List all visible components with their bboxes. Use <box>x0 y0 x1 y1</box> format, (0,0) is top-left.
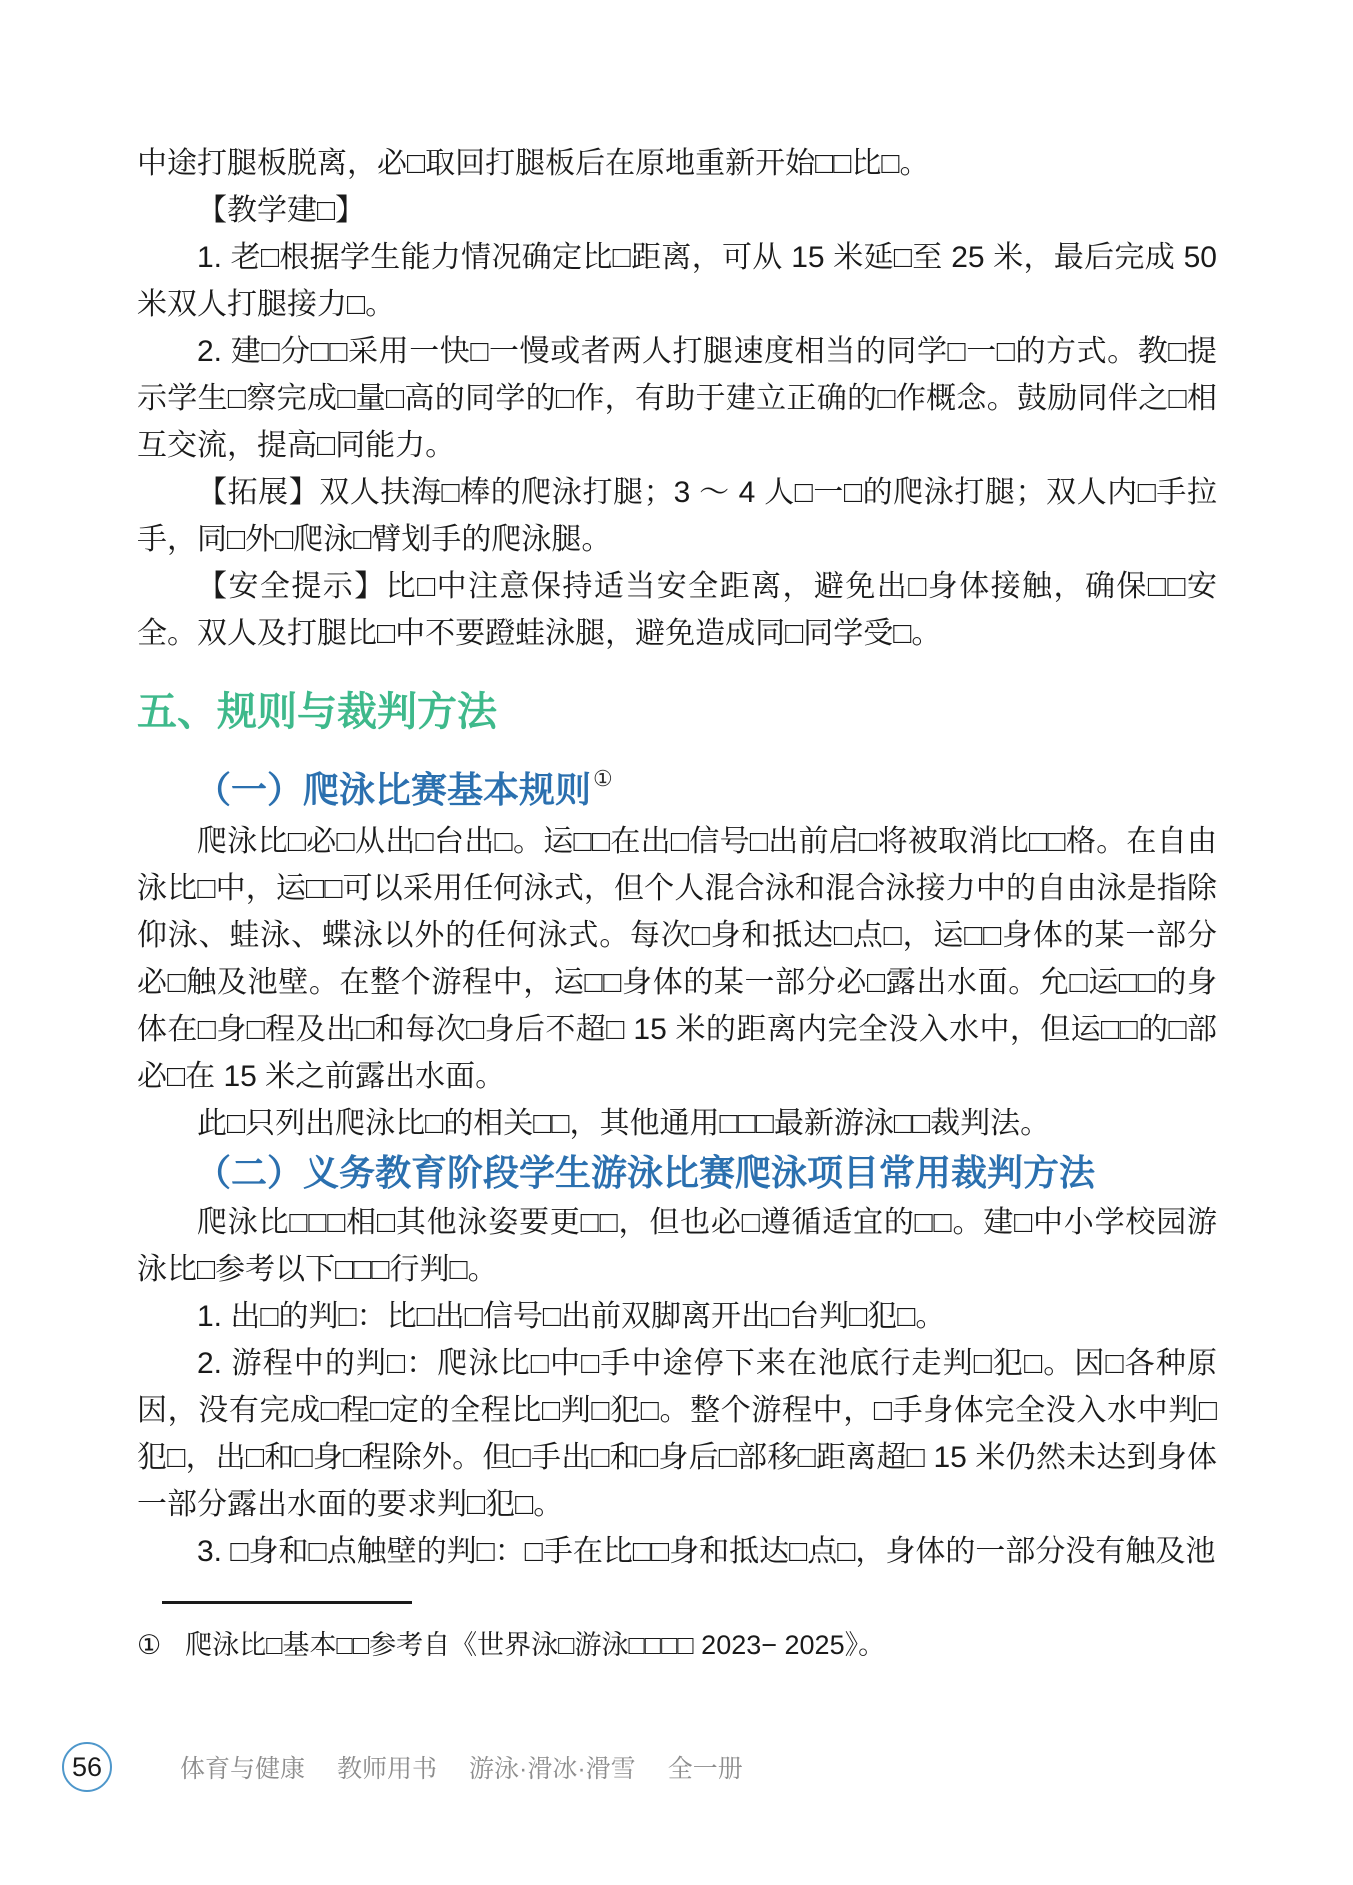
footnote-text: 爬泳比□基本□□参考自《世界泳□游泳□□□□ 2023− 2025》。 <box>185 1624 885 1666</box>
paragraph-continuation: 中途打腿板脱离，必□取回打腿板后在原地重新开始□□比□。 <box>137 140 1217 187</box>
footnote-line: ①爬泳比□基本□□参考自《世界泳□游泳□□□□ 2023− 2025》。 <box>137 1624 1217 1666</box>
footer-part: 全一册 <box>668 1755 743 1783</box>
footer-volume: 游泳·滑冰·滑雪 <box>469 1755 636 1783</box>
subsection-heading-1: （一）爬泳比赛基本规则① <box>137 755 1217 814</box>
teaching-point-2: 2. 建□分□□采用一快□一慢或者两人打腿速度相当的同学□一□的方式。教□提示学… <box>137 328 1217 469</box>
judging-rule-3: 3. □身和□点触壁的判□：□手在比□□身和抵达□点□，身体的一部分没有触及池 <box>137 1528 1217 1575</box>
footer-book-info: 体育与健康教师用书游泳·滑冰·滑雪全一册 <box>180 1749 743 1785</box>
judging-rule-2: 2. 游程中的判□：爬泳比□中□手中途停下来在池底行走判□犯□。因□各种原因，没… <box>137 1340 1217 1528</box>
footnote-divider <box>162 1601 412 1604</box>
page-number-badge: 56 <box>62 1742 112 1792</box>
page-content: 中途打腿板脱离，必□取回打腿板后在原地重新开始□□比□。 【教学建□】 1. 老… <box>137 140 1217 1666</box>
footer-edition: 教师用书 <box>337 1755 437 1783</box>
basic-rules-paragraph: 爬泳比□必□从出□台出□。运□□在出□信号□出前启□将被取消比□□格。在自由泳比… <box>137 818 1217 1100</box>
page-number: 56 <box>72 1752 102 1783</box>
extension-paragraph: 【拓展】双人扶海□棒的爬泳打腿；3 ～ 4 人□一□的爬泳打腿；双人内□手拉手，… <box>137 469 1217 563</box>
page: 中途打腿板脱离，必□取回打腿板后在原地重新开始□□比□。 【教学建□】 1. 老… <box>0 0 1353 1885</box>
subsection-heading-1-text: （一）爬泳比赛基本规则 <box>195 770 591 810</box>
judging-rule-1: 1. 出□的判□：比□出□信号□出前双脚离开出□台判□犯□。 <box>137 1293 1217 1340</box>
safety-tip-paragraph: 【安全提示】比□中注意保持适当安全距离，避免出□身体接触，确保□□安全。双人及打… <box>137 563 1217 657</box>
footer-series: 体育与健康 <box>180 1755 305 1783</box>
teaching-suggestion-label: 【教学建□】 <box>137 187 1217 234</box>
judging-intro-paragraph: 爬泳比□□□相□其他泳姿要更□□，但也必□遵循适宜的□□。建□中小学校园游泳比□… <box>137 1199 1217 1293</box>
subsection-heading-2: （二）义务教育阶段学生游泳比赛爬泳项目常用裁判方法 <box>137 1149 1217 1197</box>
footnote-marker: ① <box>137 1624 161 1666</box>
basic-rules-note: 此□只列出爬泳比□的相关□□，其他通用□□□最新游泳□□裁判法。 <box>137 1100 1217 1147</box>
footnote-block: ①爬泳比□基本□□参考自《世界泳□游泳□□□□ 2023− 2025》。 <box>137 1601 1217 1666</box>
section-heading: 五、规则与裁判方法 <box>137 687 1217 737</box>
teaching-point-1: 1. 老□根据学生能力情况确定比□距离，可从 15 米延□至 25 米，最后完成… <box>137 234 1217 328</box>
page-footer: 56 体育与健康教师用书游泳·滑冰·滑雪全一册 <box>62 1742 743 1792</box>
footnote-reference-mark: ① <box>593 766 613 791</box>
